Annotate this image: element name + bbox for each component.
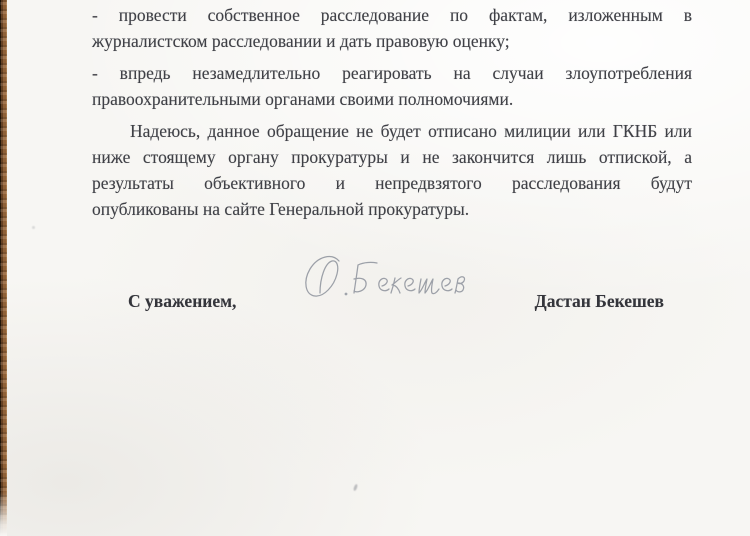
letter-line: - впредь незамедлительно реагировать на … [92, 60, 692, 86]
letter-body: - провести собственное расследование по … [92, 2, 692, 228]
signatory-name: Дастан Бекешев [535, 288, 664, 314]
letter-line: - провести собственное расследование по … [92, 2, 692, 28]
scanned-letter-photo: - провести собственное расследование по … [0, 0, 750, 536]
paper-speck [353, 484, 358, 492]
closing-salutation: С уважением, [128, 288, 236, 314]
signature-row: С уважением, Дастан Бекешев [92, 288, 692, 314]
letter-line: Надеюсь, данное обращение не будет отпис… [92, 118, 692, 144]
letter-line: опубликованы на сайте Генеральной прокур… [92, 196, 692, 222]
letter-line: результаты объективного и непредвзятого … [92, 170, 692, 196]
paper-speck [32, 226, 35, 229]
table-edge [0, 0, 7, 536]
hope-paragraph: Надеюсь, данное обращение не будет отпис… [92, 118, 692, 222]
letter-line: правоохранительными органами своими полн… [92, 86, 692, 112]
bullet-paragraph-1: - провести собственное расследование по … [92, 2, 692, 54]
letter-line: журналистском расследовании и дать право… [92, 28, 692, 54]
letter-line: ниже стоящему органу прокуратуры и не за… [92, 144, 692, 170]
bullet-paragraph-2: - впредь незамедлительно реагировать на … [92, 60, 692, 112]
letter-page: - провести собственное расследование по … [7, 0, 750, 536]
